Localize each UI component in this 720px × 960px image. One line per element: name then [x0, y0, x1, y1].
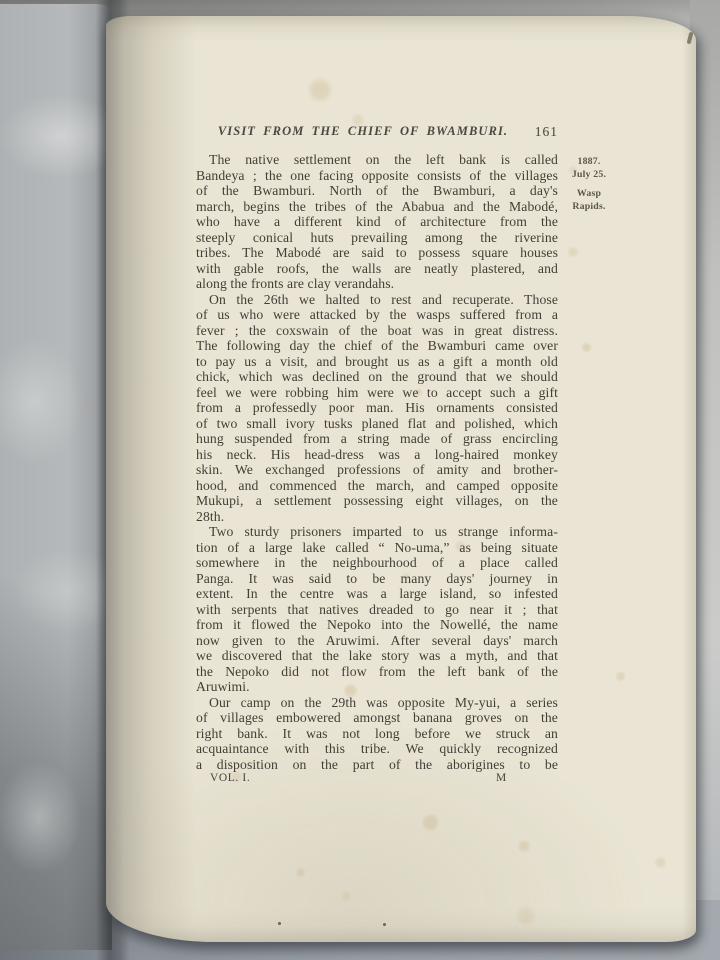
foxing-spot — [295, 867, 306, 878]
body-line: The following day the chief of the Bwamb… — [196, 338, 558, 354]
signature-mark: M — [496, 772, 506, 784]
ink-fleck — [278, 922, 281, 925]
body-line: chick, which was declined on the ground … — [196, 369, 558, 385]
body-line: of the Bwamburi. North of the Bwamburi, … — [196, 183, 558, 199]
body-line: Aruwimi. — [196, 679, 558, 695]
body-line: somewhere in the neighbourhood of a plac… — [196, 555, 558, 571]
body-line: tion of a large lake called “ No-uma,” a… — [196, 540, 558, 556]
body-line: of two small ivory tusks planed flat and… — [196, 416, 558, 432]
body-line: fever ; the coxswain of the boat was in … — [196, 323, 558, 339]
body-line: steeply conical huts prevailing among th… — [196, 230, 558, 246]
margin-note: 1887. July 25. Wasp Rapids. — [556, 156, 622, 220]
body-line: from a professedly poor man. His ornamen… — [196, 400, 558, 416]
body-line: with gable roofs, the walls are neatly p… — [196, 261, 558, 277]
body-line: Mukupi, a settlement possessing eight vi… — [196, 493, 558, 509]
body-line: of us who were attacked by the wasps suf… — [196, 307, 558, 323]
foxing-spot — [515, 905, 537, 927]
body-line: we discovered that the lake story was a … — [196, 648, 558, 664]
margin-note-line: 1887. — [556, 156, 622, 169]
body-line: extent. In the centre was a large island… — [196, 586, 558, 602]
body-line: to pay us a visit, and brought us as a g… — [196, 354, 558, 370]
margin-note-line: July 25. — [556, 169, 622, 182]
body-line: Two sturdy prisoners imparted to us stra… — [196, 524, 558, 540]
margin-note-line: Rapids. — [556, 201, 622, 214]
foxing-spot — [421, 813, 440, 832]
running-head: VISIT FROM THE CHIEF OF BWAMBURI. 161 — [196, 124, 558, 146]
foxing-spot — [615, 671, 626, 682]
foxing-spot — [567, 246, 579, 258]
body-line: feel we were robbing him were we to acce… — [196, 385, 558, 401]
body-line: The native settlement on the left bank i… — [196, 152, 558, 168]
page-footer: VOL. I. M — [196, 772, 558, 788]
body-line: now given to the Aruwimi. After several … — [196, 633, 558, 649]
foxing-spot — [307, 77, 333, 103]
book-page: 1887. July 25. Wasp Rapids. VISIT FROM T… — [106, 16, 696, 942]
body-line: hung suspended from a string made of gra… — [196, 431, 558, 447]
body-line: Bandeya ; the one facing opposite consis… — [196, 168, 558, 184]
running-header-title: VISIT FROM THE CHIEF OF BWAMBURI. — [196, 124, 530, 139]
body-line: On the 26th we halted to rest and recupe… — [196, 292, 558, 308]
text-block: VISIT FROM THE CHIEF OF BWAMBURI. 161 Th… — [196, 124, 558, 146]
body-line: who have a different kind of architectur… — [196, 214, 558, 230]
body-line: tribes. The Mabodé are said to possess s… — [196, 245, 558, 261]
book-photo: 1887. July 25. Wasp Rapids. VISIT FROM T… — [0, 0, 720, 960]
body-line: from it flowed the Nepoko into the Nowel… — [196, 617, 558, 633]
ink-fleck — [383, 923, 386, 926]
foxing-spot — [517, 839, 531, 853]
body-line: of villages embowered amongst banana gro… — [196, 710, 558, 726]
body-line: hood, and commenced the march, and campe… — [196, 478, 558, 494]
corner-nick — [687, 32, 694, 45]
body-line: his neck. His head-dress was a long-hair… — [196, 447, 558, 463]
margin-note-place: Wasp Rapids. — [556, 188, 622, 213]
body-line: a disposition on the part of the aborigi… — [196, 757, 558, 773]
body-line: Our camp on the 29th was opposite My-yui… — [196, 695, 558, 711]
body-line: skin. We exchanged professions of amity … — [196, 462, 558, 478]
foxing-spot — [581, 342, 592, 353]
foxing-spot — [654, 856, 667, 869]
body-line: march, begins the tribes of the Ababua a… — [196, 199, 558, 215]
body-line: with serpents that natives dreaded to go… — [196, 602, 558, 618]
page-number: 161 — [535, 124, 558, 140]
body-line: acquaintance with this tribe. We quickly… — [196, 741, 558, 757]
margin-note-line: Wasp — [556, 188, 622, 201]
body-line: 28th. — [196, 509, 558, 525]
volume-label: VOL. I. — [210, 772, 250, 784]
body-line: the Nepoko did not flow from the left ba… — [196, 664, 558, 680]
body-line: Panga. It was said to be many days' jour… — [196, 571, 558, 587]
margin-note-date: 1887. July 25. — [556, 156, 622, 181]
body-text: The native settlement on the left bank i… — [196, 152, 558, 772]
foxing-spot — [340, 890, 352, 902]
body-line: right bank. It was not long before we st… — [196, 726, 558, 742]
body-line: along the fronts are clay verandahs. — [196, 276, 558, 292]
